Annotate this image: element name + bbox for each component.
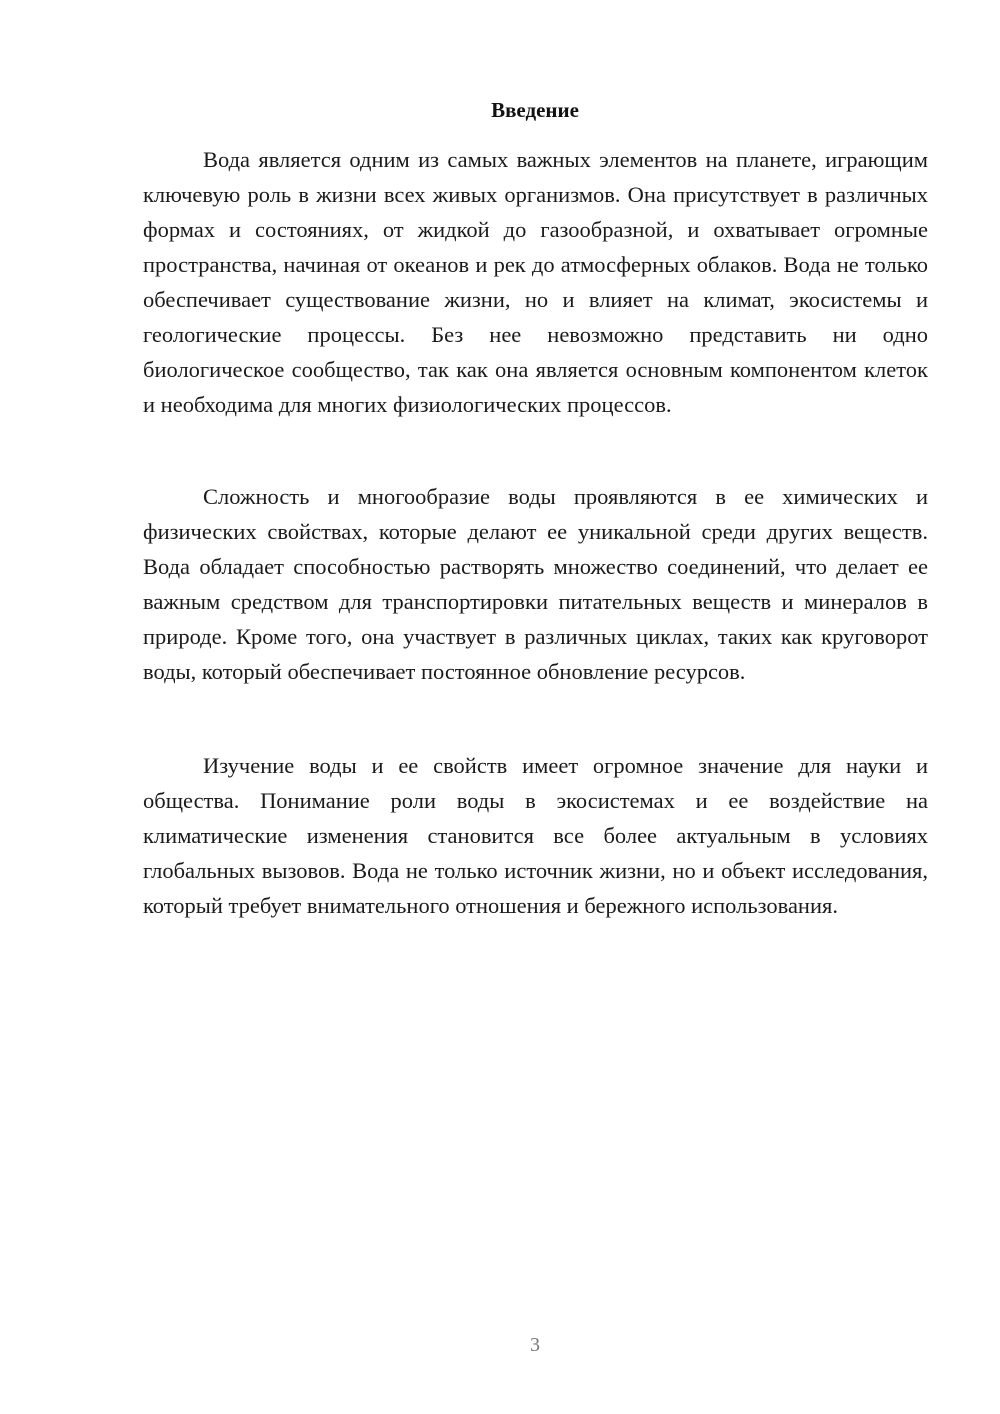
page-number: 3 [0,1334,1000,1357]
paragraph-1: Вода является одним из самых важных элем… [143,142,928,422]
section-heading: Введение [0,98,1000,123]
paragraph-2: Сложность и многообразие воды проявляютс… [143,479,928,689]
document-page: Введение Вода является одним из самых ва… [0,0,1000,1414]
paragraph-3: Изучение воды и ее свойств имеет огромно… [143,748,928,923]
